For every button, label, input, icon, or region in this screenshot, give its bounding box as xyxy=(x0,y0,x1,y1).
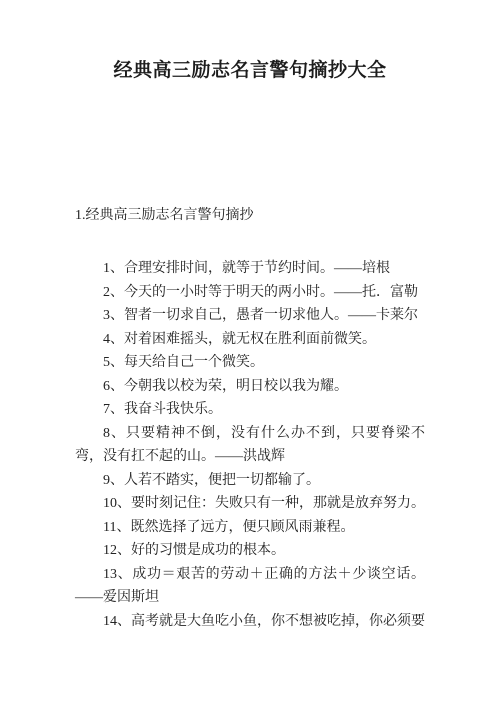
quote-item-1: 1、合理安排时间，就等于节约时间。——培根 xyxy=(75,257,425,281)
quote-item-3: 3、智者一切求自己，愚者一切求他人。——卡莱尔 xyxy=(75,304,425,328)
quote-item-10: 10、要时刻记住：失败只有一种，那就是放弃努力。 xyxy=(75,492,425,516)
quote-list: 1、合理安排时间，就等于节约时间。——培根 2、今天的一小时等于明天的两小时。—… xyxy=(75,257,425,633)
document-title: 经典高三励志名言警句摘抄大全 xyxy=(75,0,425,85)
section-heading: 1.经典高三励志名言警句摘抄 xyxy=(75,207,425,224)
quote-item-6: 6、今朝我以校为荣，明日校以我为耀。 xyxy=(75,375,425,399)
quote-item-11: 11、既然选择了远方，便只顾风雨兼程。 xyxy=(75,516,425,540)
quote-item-2: 2、今天的一小时等于明天的两小时。——托．富勒 xyxy=(75,281,425,305)
quote-item-7: 7、我奋斗我快乐。 xyxy=(75,398,425,422)
quote-item-13: 13、成功＝艰苦的劳动＋正确的方法＋少谈空话。——爱因斯坦 xyxy=(75,563,425,610)
quote-item-5: 5、每天给自己一个微笑。 xyxy=(75,351,425,375)
quote-item-8: 8、只要精神不倒，没有什么办不到，只要脊梁不弯，没有扛不起的山。——洪战辉 xyxy=(75,422,425,469)
quote-item-9: 9、人若不踏实，便把一切都输了。 xyxy=(75,469,425,493)
document-page: 经典高三励志名言警句摘抄大全 1.经典高三励志名言警句摘抄 1、合理安排时间，就… xyxy=(0,0,500,707)
quote-item-4: 4、对着困难摇头，就无权在胜利面前微笑。 xyxy=(75,328,425,352)
quote-item-14: 14、高考就是大鱼吃小鱼，你不想被吃掉，你必须要 xyxy=(75,610,425,634)
quote-item-12: 12、好的习惯是成功的根本。 xyxy=(75,539,425,563)
